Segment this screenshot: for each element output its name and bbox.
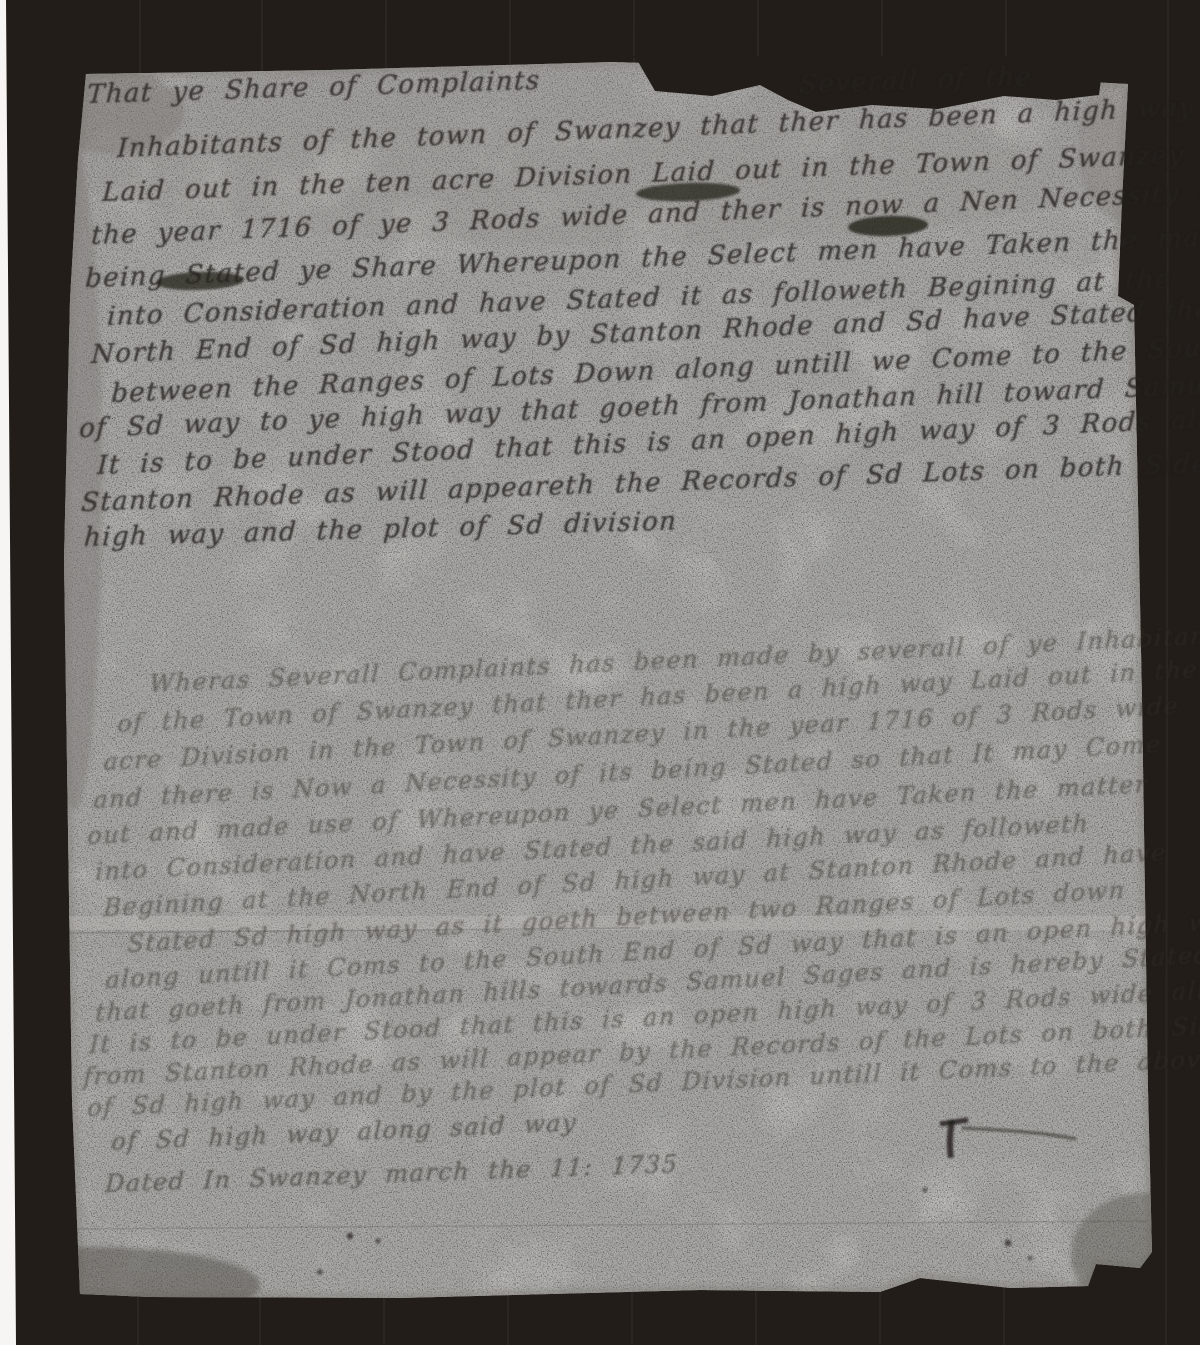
handwritten-line: Severall of the bbox=[798, 62, 1033, 100]
handwritten-line: Dated In Swanzey march the 11: 1735 bbox=[105, 1150, 680, 1198]
scanned-manuscript-page: That ye Share of ComplaintsSeverall of t… bbox=[0, 0, 1200, 1345]
handwritten-line: That ye Share of Complaints bbox=[86, 66, 541, 110]
handwriting-layer: That ye Share of ComplaintsSeverall of t… bbox=[0, 0, 1200, 1345]
